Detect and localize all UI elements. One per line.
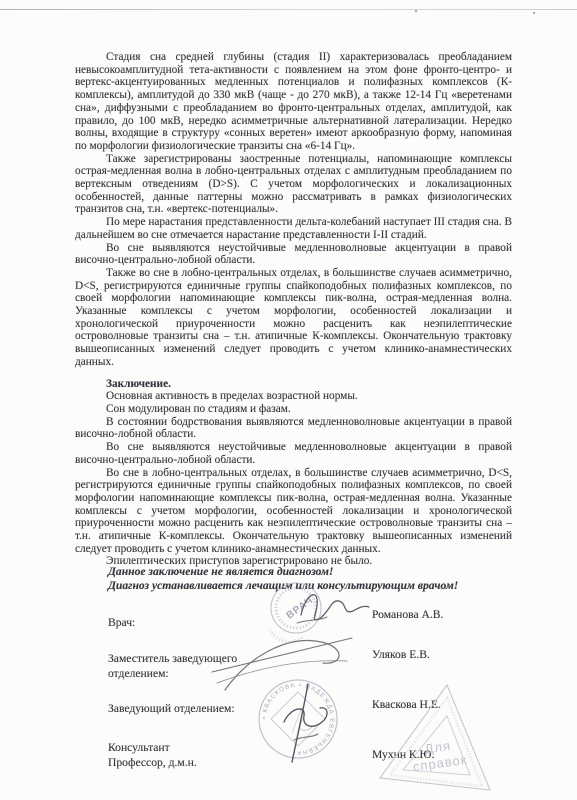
document-page: Стадия сна средней глубины (стадия II) х… — [0, 0, 577, 800]
triangle-stamp-caption: Для справок — [410, 736, 468, 774]
reference-triangle-stamp: Для справок — [374, 680, 498, 798]
signature-stroke — [284, 708, 327, 727]
report-paragraph: Также во сне в лобно-центральных отделах… — [75, 267, 512, 369]
conclusion-heading: Заключение. — [75, 378, 512, 391]
signature-stroke — [297, 617, 327, 623]
signature-role-label-consultant: Консультант Профессор, д.м.н. — [108, 740, 197, 770]
conclusion-paragraph: Сон модулирован по стадиям и фазам. — [75, 403, 512, 416]
report-paragraph: Во сне выявляются неустойчивые медленнов… — [75, 242, 512, 267]
signatory-name-romanova: Романова А.В. — [372, 608, 443, 622]
head-signature — [270, 678, 340, 764]
triangle-outer-border — [380, 685, 490, 790]
signature-role-label-head: Заведующий отделением: — [108, 701, 235, 716]
triangle-stamp-line2: справок — [412, 752, 468, 774]
conclusion-paragraph: Во сне в лобно-центральных отделах, в бо… — [75, 467, 512, 556]
signature-stroke — [301, 595, 369, 620]
conclusion-paragraph: Основная активность в пределах возрастно… — [75, 390, 512, 403]
scan-artifact-dot — [415, 10, 417, 12]
signature-role-label-doctor: Врач: — [108, 615, 135, 630]
conclusion-paragraph: Во сне выявляются неустойчивые медленнов… — [75, 441, 512, 466]
report-paragraph: Стадия сна средней глубины (стадия II) х… — [75, 51, 512, 153]
conclusion-paragraph: В состоянии бодрствования выявляются мед… — [75, 416, 512, 441]
report-paragraph: Также зарегистрированы заостренные потен… — [75, 153, 512, 217]
scan-edge-line — [0, 9, 577, 10]
doctor-signature — [295, 585, 375, 630]
signature-stroke — [212, 638, 352, 672]
disclaimer-line: Данное заключение не является диагнозом! — [108, 565, 528, 579]
scan-artifact-dot — [533, 12, 535, 14]
signatory-name-ulyakov: Уляков Е.В. — [372, 648, 430, 662]
report-body: Стадия сна средней глубины (стадия II) х… — [75, 51, 512, 568]
report-paragraph: По мере нарастания представленности дель… — [75, 216, 512, 241]
